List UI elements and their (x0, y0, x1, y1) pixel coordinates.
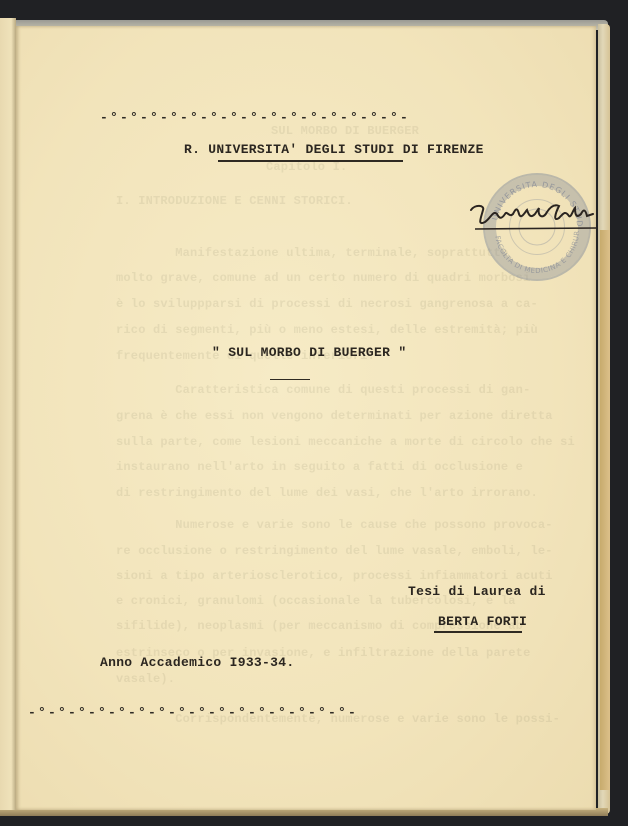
bleed-line: sioni a tipo arteriosclerotico, processi… (116, 569, 553, 583)
institution-name: R. UNIVERSITA' DEGLI STUDI DI FIRENZE (184, 142, 484, 157)
bleed-section-title: I. INTRODUZIONE E CENNI STORICI. (116, 194, 353, 208)
bleed-line: Manifestazione ultima, terminale, soprat… (116, 246, 508, 260)
bleed-line: di restringimento del lume dei vasi, che… (116, 486, 538, 500)
bottom-separator: -°-°-°-°-°-°-°-°-°-°-°-°-°-°-°-°- (28, 705, 358, 720)
signature-icon (463, 196, 603, 236)
bleed-line: grena è che essi non vengono determinati… (116, 409, 553, 423)
author-underline (434, 631, 522, 633)
bleed-line: rico di segmenti, più o meno estesi, del… (116, 323, 538, 337)
title-page: SUL MORBO DI BUERGER Capitolo I. I. INTR… (16, 26, 596, 810)
academic-year: Anno Accademico I933-34. (100, 655, 294, 670)
bleed-line: Caratteristica comune di questi processi… (116, 383, 530, 397)
book-cover-spine-edge (600, 230, 610, 790)
bleed-line: sulla parte, come lesioni meccaniche a m… (116, 435, 575, 449)
author-name: BERTA FORTI (438, 614, 527, 629)
thesis-title: " SUL MORBO DI BUERGER " (212, 345, 406, 360)
facing-page-edge (0, 18, 16, 810)
institution-underline (218, 160, 403, 162)
bleed-line: molto grave, comune ad un certo numero d… (116, 271, 530, 285)
bleed-line: instaurano nell'arto in seguito a fatti … (116, 460, 523, 474)
bleed-line: vasale). (116, 672, 175, 686)
bleed-heading-1: SUL MORBO DI BUERGER (271, 124, 419, 138)
thesis-label: Tesi di Laurea di (408, 584, 546, 599)
bleed-line: è lo sviluppparsi di processi di necrosi… (116, 297, 538, 311)
top-separator: -°-°-°-°-°-°-°-°-°-°-°-°-°-°-°- (100, 110, 410, 125)
bleed-line: Numerose e varie sono le cause che posso… (116, 518, 553, 532)
title-rule (270, 379, 310, 380)
bleed-line: re occlusione o restringimento del lume … (116, 544, 553, 558)
bleed-heading-2: Capitolo I. (266, 160, 347, 174)
